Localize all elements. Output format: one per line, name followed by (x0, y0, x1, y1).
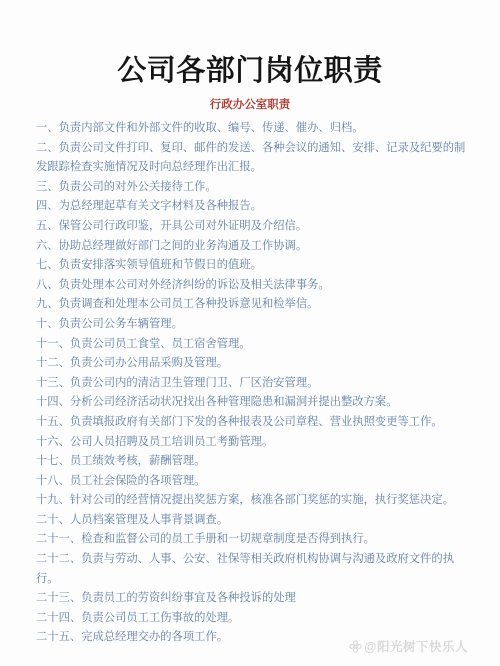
list-item: 十五、负责填报政府有关部门下发的各种报表及公司章程、营业执照变更等工作。 (36, 413, 467, 433)
flower-icon (349, 640, 362, 653)
watermark-text: @阳光树下快乐人 (364, 637, 468, 655)
list-item: 二十二、负责与劳动、人事、公安、社保等相关政府机构协调与沟通及政府文件的执行。 (36, 550, 467, 589)
list-item: 二、负责公司文件打印、复印、邮件的发送、各种会议的通知、安排、记录及纪要的制发跟… (36, 139, 467, 178)
page-title: 公司各部门岗位职责 (0, 48, 500, 89)
list-item: 二十、人员档案管理及人事背景调查。 (36, 511, 467, 531)
page-subtitle: 行政办公室职责 (0, 96, 500, 112)
list-item: 十、负责公司公务车辆管理。 (36, 315, 467, 335)
document-page: 公司各部门岗位职责 行政办公室职责 一、负责内部文件和外部文件的收取、编号、传递… (0, 0, 500, 666)
list-item: 十二、负责公司办公用品采购及管理。 (36, 354, 467, 374)
list-item: 五、保管公司行政印鉴，开具公司对外证明及介绍信。 (36, 217, 467, 237)
list-item: 三、负责公司的对外公关接待工作。 (36, 178, 467, 198)
responsibilities-list: 一、负责内部文件和外部文件的收取、编号、传递、催办、归档。二、负责公司文件打印、… (36, 119, 467, 648)
list-item: 十四、分析公司经济活动状况找出各种管理隐患和漏洞并提出整改方案。 (36, 393, 467, 413)
list-item: 二十四、负责公司员工工伤事故的处理。 (36, 609, 467, 629)
list-item: 四、为总经理起草有关文字材料及各种报告。 (36, 197, 467, 217)
list-item: 八、负责处理本公司对外经济纠纷的诉讼及相关法律事务。 (36, 276, 467, 296)
list-item: 十七、员工绩效考核，薪酬管理。 (36, 452, 467, 472)
list-item: 一、负责内部文件和外部文件的收取、编号、传递、催办、归档。 (36, 119, 467, 139)
list-item: 十一、负责公司员工食堂、员工宿舍管理。 (36, 335, 467, 355)
list-item: 十三、负责公司内的清洁卫生管理门卫、厂区治安管理。 (36, 374, 467, 394)
list-item: 二十一、检查和监督公司的员工手册和一切规章制度是否得到执行。 (36, 530, 467, 550)
list-item: 九、负责调查和处理本公司员工各种投诉意见和检举信。 (36, 295, 467, 315)
list-item: 七、负责安排落实领导值班和节假日的值班。 (36, 256, 467, 276)
watermark: @阳光树下快乐人 (349, 637, 468, 655)
list-item: 十八、员工社会保险的各项管理。 (36, 472, 467, 492)
list-item: 二十三、负责员工的劳资纠纷事宜及各种投诉的处理 (36, 589, 467, 609)
list-item: 六、协助总经理做好部门之间的业务沟通及工作协调。 (36, 237, 467, 257)
list-item: 十六、公司人员招聘及员工培训员工考勤管理。 (36, 433, 467, 453)
list-item: 十九、针对公司的经营情况提出奖惩方案，核准各部门奖惩的实施，执行奖惩决定。 (36, 491, 467, 511)
